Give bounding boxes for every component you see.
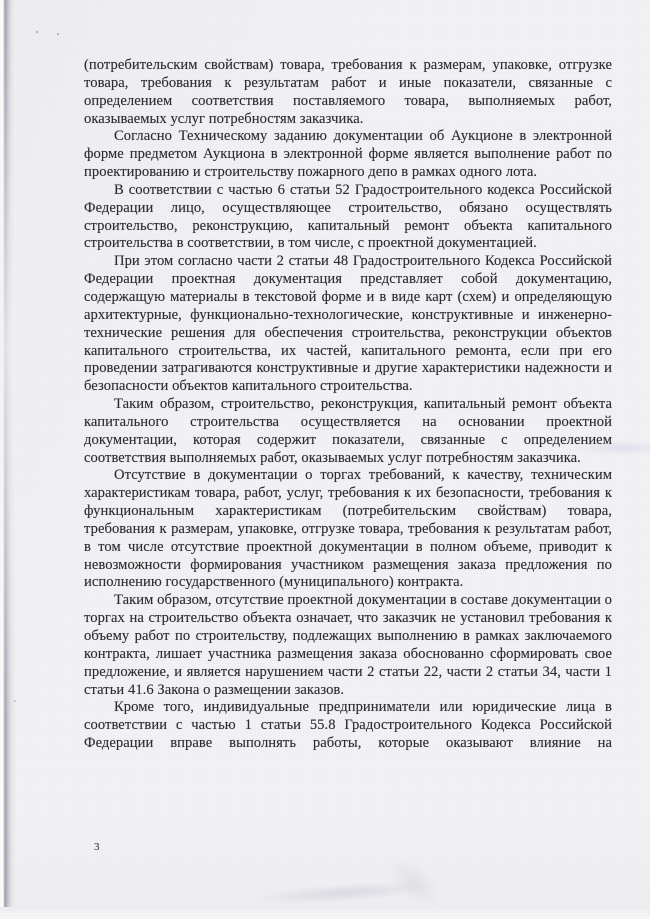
document-text-block: (потребительским свойствам) товара, треб… bbox=[84, 57, 612, 753]
paragraph: В соответствии с частью 6 статьи 52 Град… bbox=[84, 182, 612, 253]
paragraph: Согласно Техническому заданию документац… bbox=[84, 128, 612, 182]
paragraph: Отсутствие в документации о торгах требо… bbox=[84, 467, 612, 592]
paragraph: При этом согласно части 2 статьи 48 Град… bbox=[84, 253, 612, 396]
paragraph: Таким образом, строительство, реконструк… bbox=[84, 396, 612, 467]
dust-speck bbox=[57, 33, 59, 35]
scan-bottom-edge bbox=[0, 908, 650, 919]
paragraph: Таким образом, отсутствие проектной доку… bbox=[84, 592, 612, 699]
paragraph: Кроме того, индивидуальные предпринимате… bbox=[84, 699, 612, 753]
dust-speck bbox=[36, 31, 38, 33]
dust-speck bbox=[14, 700, 16, 702]
scan-left-edge-shadow bbox=[0, 0, 16, 907]
page-number: 3 bbox=[94, 841, 100, 853]
scanned-document-page: (потребительским свойствам) товара, треб… bbox=[0, 0, 650, 919]
paragraph: (потребительским свойствам) товара, треб… bbox=[84, 57, 612, 128]
